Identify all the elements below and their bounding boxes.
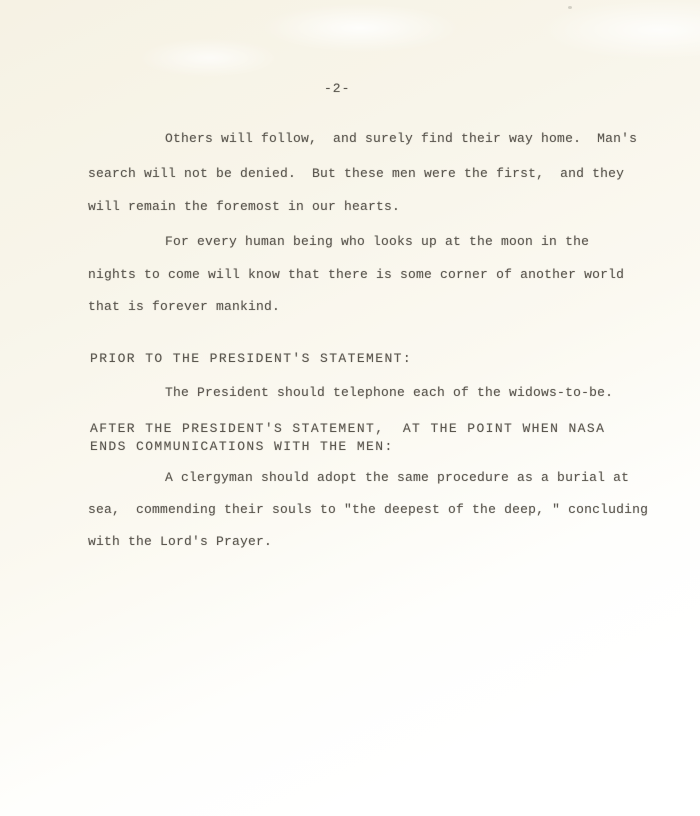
scanned-page: -2- Others will follow, and surely find … (0, 0, 700, 816)
typed-line: search will not be denied. But these men… (88, 166, 624, 182)
typed-line: that is forever mankind. (88, 299, 280, 315)
typed-line: For every human being who looks up at th… (165, 234, 589, 250)
typed-line: Others will follow, and surely find thei… (165, 131, 637, 147)
section-heading-after-line1: AFTER THE PRESIDENT'S STATEMENT, AT THE … (90, 421, 605, 437)
scan-speck (568, 6, 572, 9)
typed-line: sea, commending their souls to "the deep… (88, 502, 648, 518)
typed-line: with the Lord's Prayer. (88, 534, 272, 550)
typed-line: The President should telephone each of t… (165, 385, 613, 401)
page-number: -2- (324, 81, 350, 96)
typed-line: nights to come will know that there is s… (88, 267, 624, 283)
typed-line: will remain the foremost in our hearts. (88, 199, 400, 215)
section-heading-prior: PRIOR TO THE PRESIDENT'S STATEMENT: (90, 351, 412, 367)
typed-line: A clergyman should adopt the same proced… (165, 470, 629, 486)
section-heading-after-line2: ENDS COMMUNICATIONS WITH THE MEN: (90, 439, 394, 455)
